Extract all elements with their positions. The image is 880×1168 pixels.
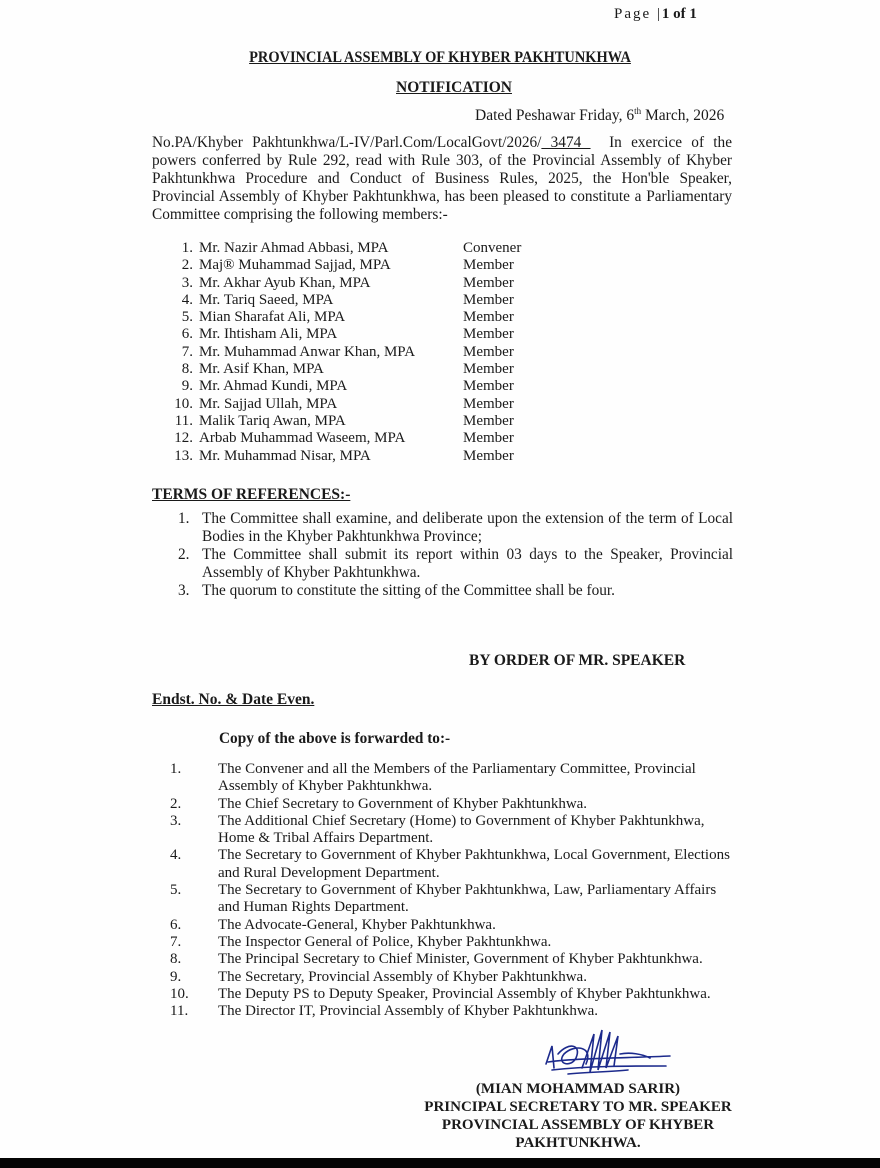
recipient-item: 7.The Inspector General of Police, Khybe… [170,934,740,951]
member-role: Member [463,275,543,292]
member-number: 9. [170,378,199,395]
member-name: Malik Tariq Awan, MPA [199,413,463,430]
member-number: 4. [170,292,199,309]
member-role: Member [463,396,543,413]
intro-paragraph: No.PA/Khyber Pakhtunkhwa/L-IV/Parl.Com/L… [152,134,732,224]
member-number: 13. [170,448,199,465]
recipient-item: 9.The Secretary, Provincial Assembly of … [170,969,740,986]
signatory-name: (MIAN MOHAMMAD SARIR) [418,1080,738,1098]
recipient-text: The Secretary, Provincial Assembly of Kh… [218,969,740,986]
member-number: 5. [170,309,199,326]
member-role: Member [463,326,543,343]
reference-number: 3474 [541,134,590,151]
recipient-list: 1.The Convener and all the Members of th… [170,761,740,1020]
member-row: 4.Mr. Tariq Saeed, MPAMember [170,292,543,309]
member-role: Member [463,448,543,465]
recipient-text: The Chief Secretary to Government of Khy… [218,796,740,813]
member-number: 6. [170,326,199,343]
document-title: PROVINCIAL ASSEMBLY OF KHYBER PAKHTUNKHW… [31,49,849,67]
recipient-number: 7. [170,934,218,951]
notification-document: Page |1 of 1 PROVINCIAL ASSEMBLY OF KHYB… [0,0,880,1158]
endorsement-heading: Endst. No. & Date Even. [152,691,314,709]
member-name: Mr. Nazir Ahmad Abbasi, MPA [199,240,463,257]
member-role: Member [463,344,543,361]
recipient-item: 8.The Principal Secretary to Chief Minis… [170,951,740,968]
date-line: Dated Peshawar Friday, 6th March, 2026 [475,106,724,125]
signatory-office-line2: PAKHTUNKHWA. [418,1134,738,1152]
member-number: 7. [170,344,199,361]
terms-item-number: 3. [178,582,202,600]
recipient-item: 6.The Advocate-General, Khyber Pakhtunkh… [170,917,740,934]
terms-heading: TERMS OF REFERENCES:- [152,486,350,504]
member-number: 12. [170,430,199,447]
recipient-number: 10. [170,986,218,1003]
terms-item-text: The quorum to constitute the sitting of … [202,582,733,600]
recipient-text: The Advocate-General, Khyber Pakhtunkhwa… [218,917,740,934]
terms-item-text: The Committee shall examine, and deliber… [202,510,733,546]
member-row: 3.Mr. Akhar Ayub Khan, MPAMember [170,275,543,292]
reference-prefix: No.PA/Khyber Pakhtunkhwa/L-IV/Parl.Com/L… [152,134,541,151]
recipient-text: The Additional Chief Secretary (Home) to… [218,813,740,848]
member-row: 8.Mr. Asif Khan, MPAMember [170,361,543,378]
recipient-text: The Secretary to Government of Khyber Pa… [218,882,740,917]
member-number: 8. [170,361,199,378]
signatory-office-line1: PROVINCIAL ASSEMBLY OF KHYBER [418,1116,738,1134]
notification-heading: NOTIFICATION [14,79,880,97]
member-name: Mian Sharafat Ali, MPA [199,309,463,326]
member-role: Member [463,378,543,395]
terms-item: 2.The Committee shall submit its report … [178,546,733,582]
member-name: Arbab Muhammad Waseem, MPA [199,430,463,447]
copy-forwarded-line: Copy of the above is forwarded to:- [219,730,450,748]
member-role: Member [463,292,543,309]
member-role: Member [463,309,543,326]
recipient-number: 9. [170,969,218,986]
signatory-block: (MIAN MOHAMMAD SARIR) PRINCIPAL SECRETAR… [418,1080,738,1152]
member-row: 6.Mr. Ihtisham Ali, MPAMember [170,326,543,343]
recipient-text: The Director IT, Provincial Assembly of … [218,1003,740,1020]
member-number: 11. [170,413,199,430]
member-name: Mr. Asif Khan, MPA [199,361,463,378]
member-name: Maj® Muhammad Sajjad, MPA [199,257,463,274]
member-row: 1.Mr. Nazir Ahmad Abbasi, MPAConvener [170,240,543,257]
member-name: Mr. Ahmad Kundi, MPA [199,378,463,395]
recipient-number: 2. [170,796,218,813]
member-name: Mr. Akhar Ayub Khan, MPA [199,275,463,292]
member-row: 11.Malik Tariq Awan, MPAMember [170,413,543,430]
scan-bottom-border [0,1158,880,1168]
member-name: Mr. Tariq Saeed, MPA [199,292,463,309]
terms-item: 1.The Committee shall examine, and delib… [178,510,733,546]
order-line: BY ORDER OF MR. SPEAKER [469,652,685,670]
terms-item-number: 1. [178,510,202,546]
member-role: Member [463,257,543,274]
recipient-item: 11.The Director IT, Provincial Assembly … [170,1003,740,1020]
member-row: 10.Mr. Sajjad Ullah, MPAMember [170,396,543,413]
member-role: Member [463,430,543,447]
recipient-item: 3.The Additional Chief Secretary (Home) … [170,813,740,848]
recipient-item: 5.The Secretary to Government of Khyber … [170,882,740,917]
terms-item-number: 2. [178,546,202,582]
member-name: Mr. Muhammad Anwar Khan, MPA [199,344,463,361]
member-row: 2.Maj® Muhammad Sajjad, MPAMember [170,257,543,274]
member-row: 7.Mr. Muhammad Anwar Khan, MPAMember [170,344,543,361]
recipient-text: The Secretary to Government of Khyber Pa… [218,847,740,882]
member-row: 5.Mian Sharafat Ali, MPAMember [170,309,543,326]
recipient-number: 8. [170,951,218,968]
recipient-text: The Deputy PS to Deputy Speaker, Provinc… [218,986,740,1003]
member-name: Mr. Ihtisham Ali, MPA [199,326,463,343]
member-number: 10. [170,396,199,413]
member-role: Member [463,361,543,378]
member-list: 1.Mr. Nazir Ahmad Abbasi, MPAConvener2.M… [170,240,543,465]
signatory-designation: PRINCIPAL SECRETARY TO MR. SPEAKER [418,1098,738,1116]
page-indicator: Page |1 of 1 [614,6,697,23]
member-role: Member [463,413,543,430]
member-name: Mr. Sajjad Ullah, MPA [199,396,463,413]
recipient-number: 3. [170,813,218,848]
member-number: 2. [170,257,199,274]
terms-list: 1.The Committee shall examine, and delib… [178,510,733,600]
recipient-number: 5. [170,882,218,917]
recipient-item: 4.The Secretary to Government of Khyber … [170,847,740,882]
recipient-number: 1. [170,761,218,796]
terms-item: 3.The quorum to constitute the sitting o… [178,582,733,600]
recipient-text: The Principal Secretary to Chief Ministe… [218,951,740,968]
recipient-number: 6. [170,917,218,934]
member-name: Mr. Muhammad Nisar, MPA [199,448,463,465]
member-row: 9.Mr. Ahmad Kundi, MPAMember [170,378,543,395]
recipient-number: 11. [170,1003,218,1020]
recipient-number: 4. [170,847,218,882]
member-number: 1. [170,240,199,257]
terms-item-text: The Committee shall submit its report wi… [202,546,733,582]
recipient-item: 10.The Deputy PS to Deputy Speaker, Prov… [170,986,740,1003]
recipient-text: The Inspector General of Police, Khyber … [218,934,740,951]
member-row: 13.Mr. Muhammad Nisar, MPAMember [170,448,543,465]
recipient-item: 2.The Chief Secretary to Government of K… [170,796,740,813]
member-row: 12.Arbab Muhammad Waseem, MPAMember [170,430,543,447]
recipient-text: The Convener and all the Members of the … [218,761,740,796]
member-number: 3. [170,275,199,292]
member-role: Convener [463,240,543,257]
recipient-item: 1.The Convener and all the Members of th… [170,761,740,796]
